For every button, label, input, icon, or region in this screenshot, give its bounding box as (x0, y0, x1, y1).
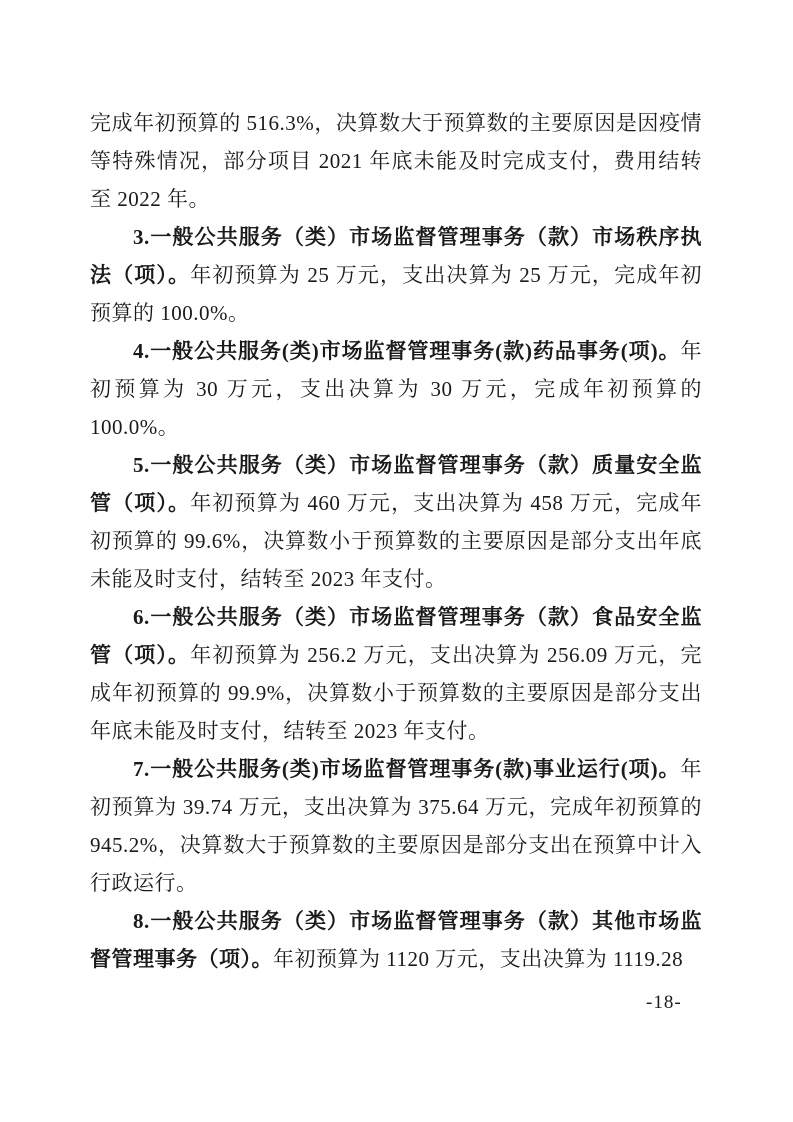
paragraph-text: 完成年初预算的 516.3%，决算数大于预算数的主要原因是因疫情等特殊情况，部分… (90, 111, 702, 211)
paragraph: 6.一般公共服务（类）市场监督管理事务（款）食品安全监管（项）。年初预算为 25… (90, 598, 702, 750)
paragraph: 3.一般公共服务（类）市场监督管理事务（款）市场秩序执法（项）。年初预算为 25… (90, 218, 702, 332)
paragraph: 7.一般公共服务(类)市场监督管理事务(款)事业运行(项)。年初预算为 39.7… (90, 750, 702, 902)
paragraph-text: 年初预算为 1120 万元，支出决算为 1119.28 (273, 947, 683, 971)
paragraph: 8.一般公共服务（类）市场监督管理事务（款）其他市场监督管理事务（项）。年初预算… (90, 902, 702, 978)
document-body: 完成年初预算的 516.3%，决算数大于预算数的主要原因是因疫情等特殊情况，部分… (90, 104, 702, 978)
paragraph-heading: 7.一般公共服务(类)市场监督管理事务(款)事业运行(项)。 (133, 757, 681, 781)
document-page: 完成年初预算的 516.3%，决算数大于预算数的主要原因是因疫情等特殊情况，部分… (0, 0, 793, 1122)
page-number: -18- (646, 992, 682, 1014)
paragraph: 4.一般公共服务(类)市场监督管理事务(款)药品事务(项)。年初预算为 30 万… (90, 332, 702, 446)
paragraph: 完成年初预算的 516.3%，决算数大于预算数的主要原因是因疫情等特殊情况，部分… (90, 104, 702, 218)
paragraph: 5.一般公共服务（类）市场监督管理事务（款）质量安全监管（项）。年初预算为 46… (90, 446, 702, 598)
paragraph-heading: 4.一般公共服务(类)市场监督管理事务(款)药品事务(项)。 (133, 339, 681, 363)
